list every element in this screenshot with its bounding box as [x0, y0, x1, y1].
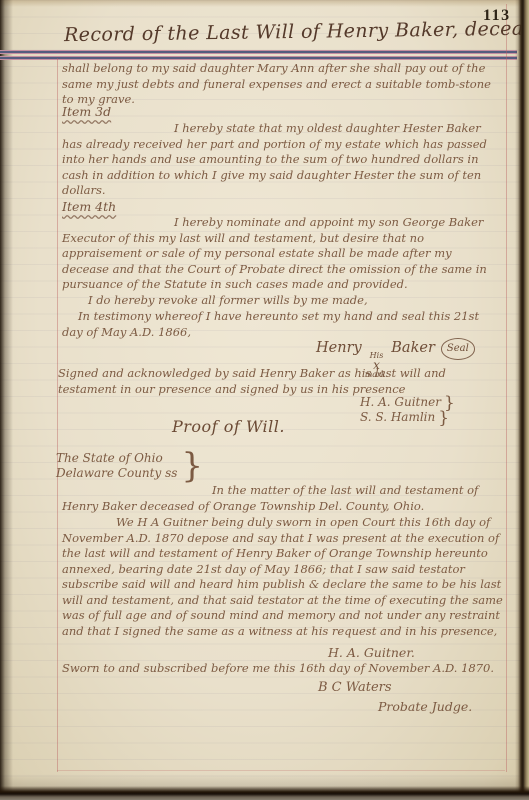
item3-paragraph: I hereby state that my oldest daughter H… [62, 121, 500, 199]
jurat-clause: Sworn to and subscribed before me this 1… [62, 661, 504, 677]
witness-brace: } [438, 411, 449, 425]
item3-label: Item 3d [62, 104, 111, 120]
testimonium-clause: In testimony whereof I have hereunto set… [62, 309, 486, 340]
judge-title: Probate Judge. [378, 699, 472, 715]
signature-last-name: Baker [391, 340, 435, 356]
case-caption: In the matter of the last will and testa… [62, 483, 502, 514]
item4-label: Item 4th [62, 199, 116, 215]
witness-row: S. S. Hamlin } [360, 410, 455, 425]
attestation-clause: Signed and acknowledged by said Henry Ba… [58, 366, 506, 397]
revocation-clause: I do hereby revoke all former wills by m… [88, 293, 508, 309]
deponent-signature: H. A. Guitner. [328, 645, 415, 661]
venue-caption: The State of Ohio Delaware County ss } [56, 450, 203, 482]
book-right-edge [515, 0, 529, 800]
book-bottom-edge [0, 786, 529, 800]
proof-of-will-heading: Proof of Will. [172, 419, 285, 435]
bottom-margin-line [57, 770, 505, 771]
page-title: Record of the Last Will of Henry Baker, … [64, 16, 514, 48]
ledger-page: 113 Record of the Last Will of Henry Bak… [0, 0, 529, 800]
deposition-paragraph: We H A Guitner being duly sworn in open … [62, 515, 504, 639]
witness-name: H. A. Guitner [360, 395, 441, 410]
right-margin-line [506, 4, 507, 772]
left-margin-line [57, 58, 58, 772]
venue-brace: } [181, 450, 203, 482]
signature-first-name: Henry [316, 340, 362, 356]
witness-name: S. S. Hamlin [360, 410, 435, 425]
venue-county: Delaware County ss [56, 466, 177, 482]
item4-paragraph: I hereby nominate and appoint my son Geo… [62, 215, 502, 293]
judge-signature: B C Waters [318, 680, 392, 696]
will-continuation-paragraph: shall belong to my said daughter Mary An… [62, 61, 498, 108]
witness-list: H. A. Guitner } S. S. Hamlin } [360, 395, 455, 425]
venue-state: The State of Ohio [56, 451, 177, 467]
seal-flourish: Seal [441, 338, 475, 360]
header-double-rule [0, 50, 517, 60]
